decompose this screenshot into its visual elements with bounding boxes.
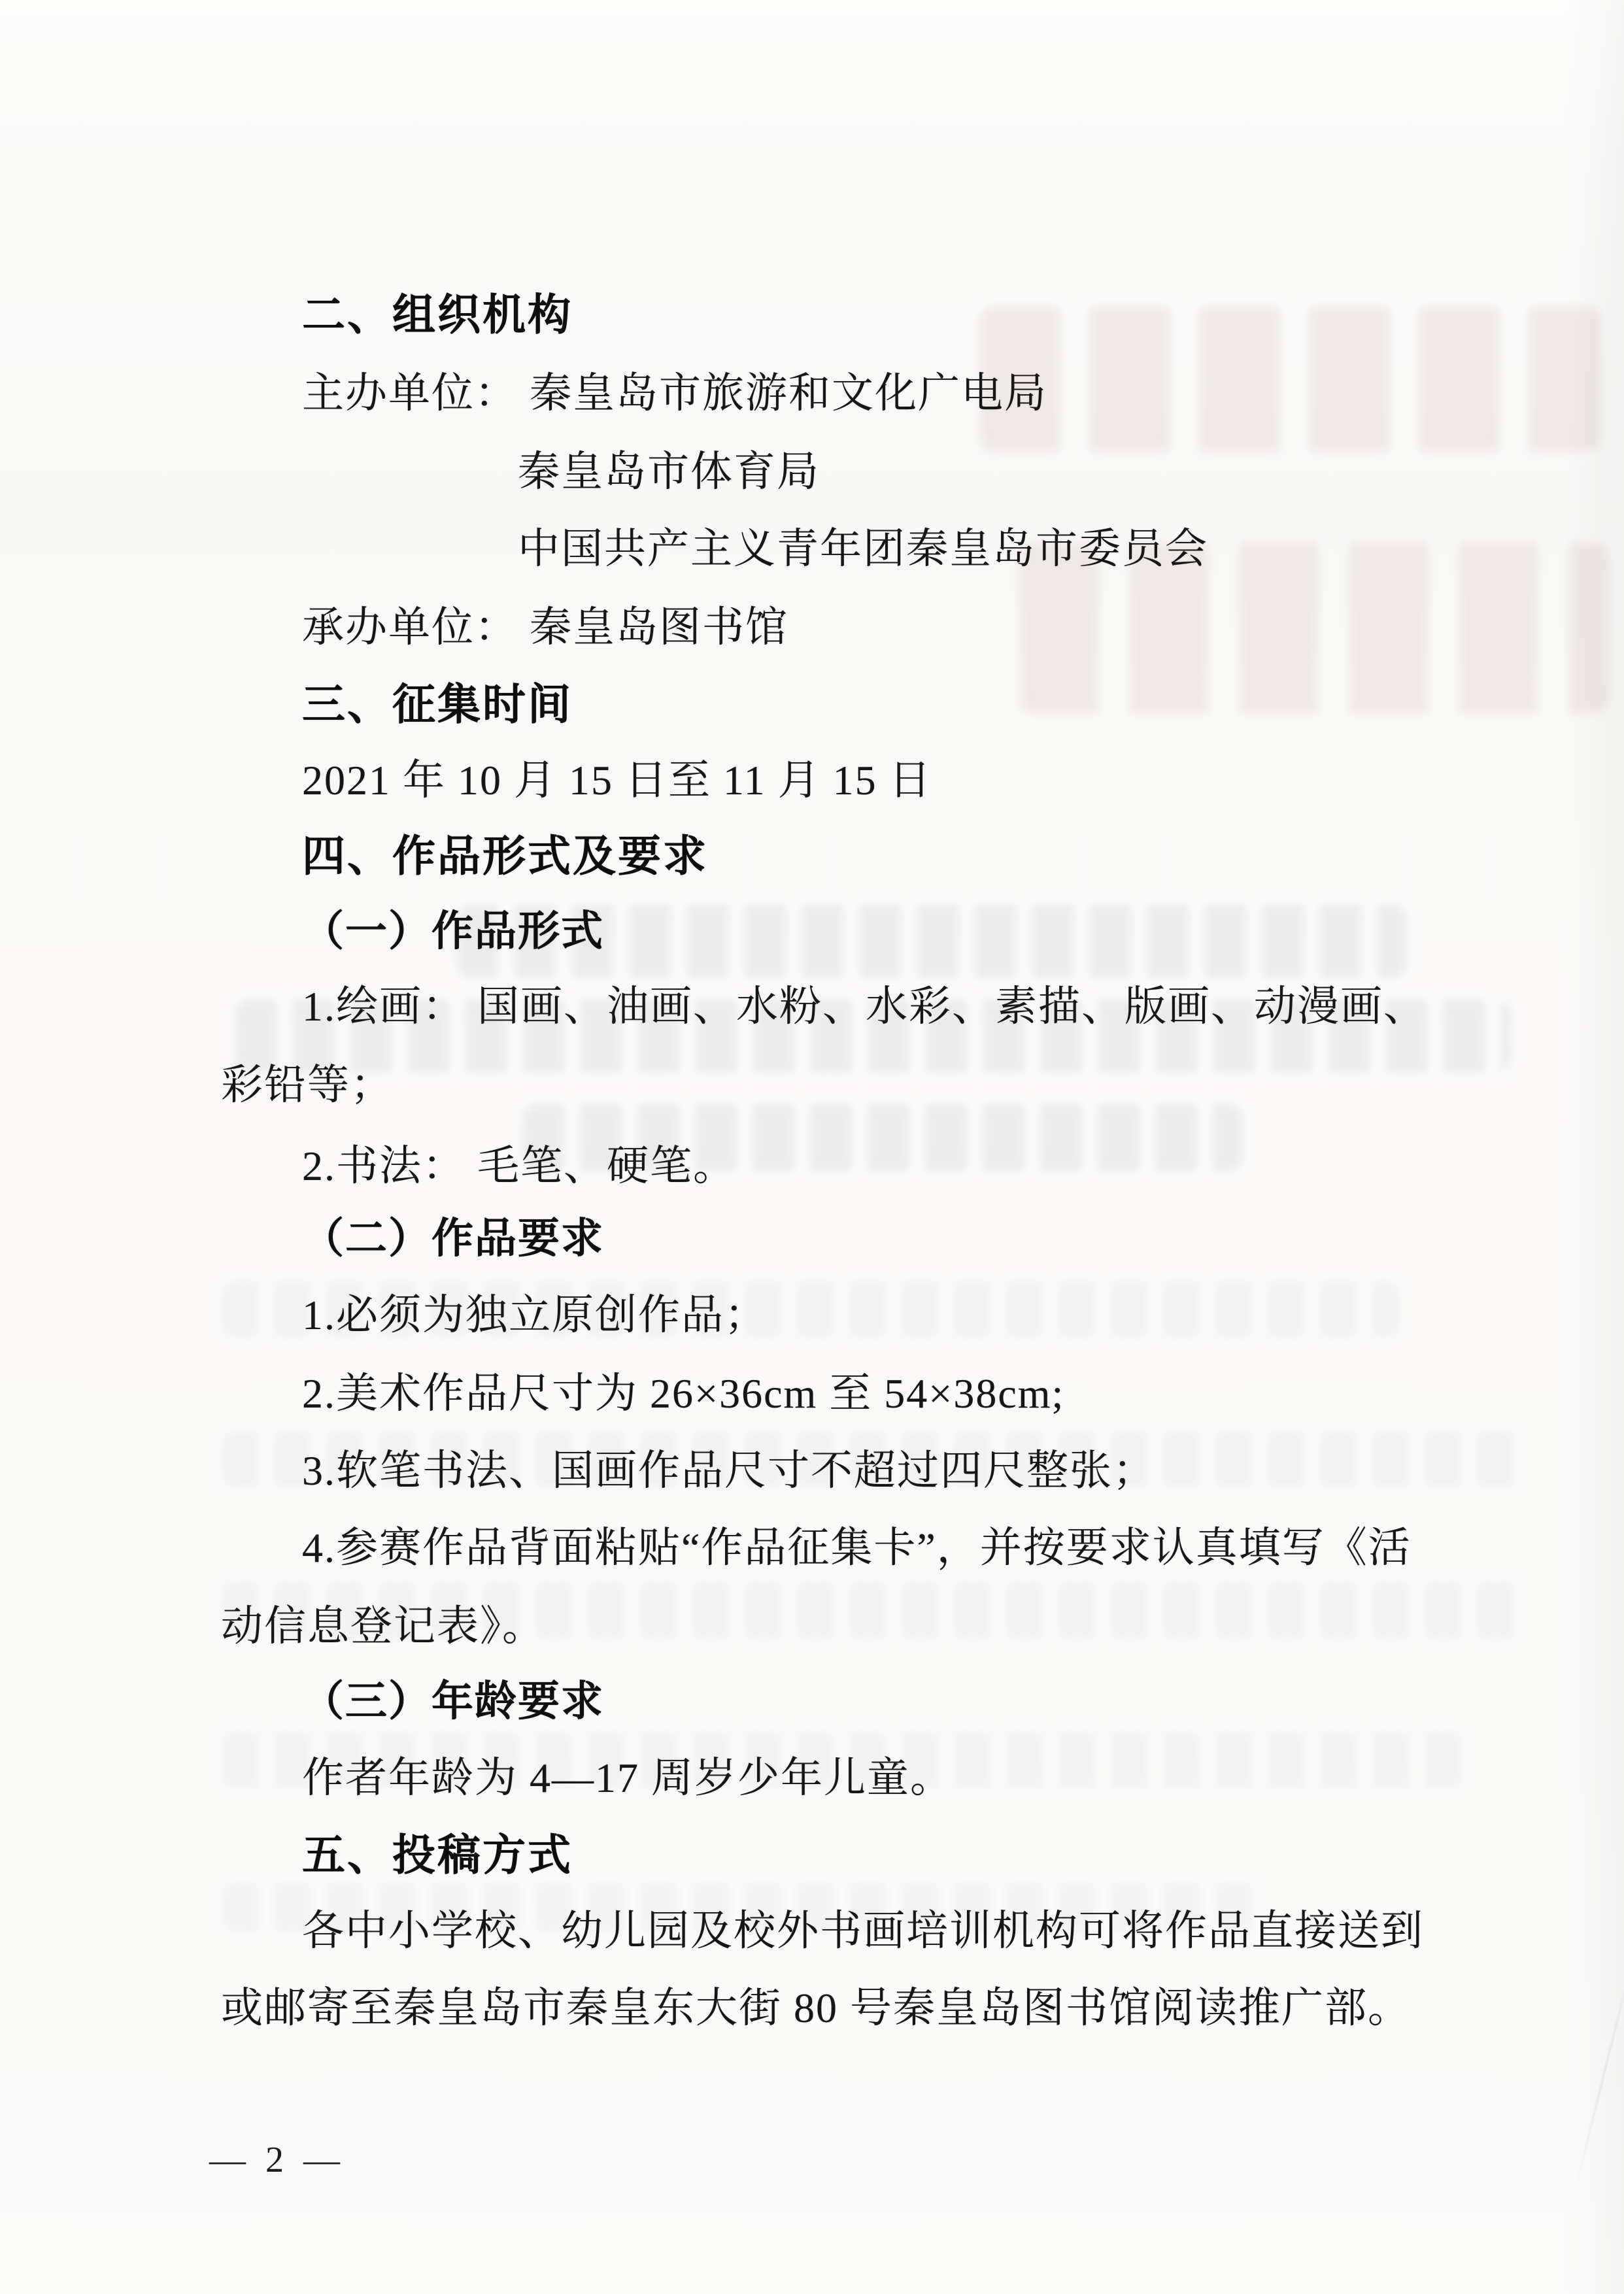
- subheading-work-requirements: （二）作品要求: [302, 1217, 604, 1259]
- line-undertaker-unit: 承办单位： 秦皇岛图书馆: [302, 607, 788, 649]
- line-painting-types: 1.绘画： 国画、油画、水粉、水彩、素描、版画、动漫画、: [302, 986, 1427, 1028]
- line-organizer-unit-3: 中国共产主义青年团秦皇岛市委员会: [518, 528, 1208, 570]
- page-number: — 2 —: [209, 2139, 345, 2181]
- heading-organization: 二、组织机构: [302, 293, 573, 336]
- line-requirement-3: 3.软笔书法、国画作品尺寸不超过四尺整张；: [302, 1450, 1156, 1492]
- subheading-age-requirement: （三）年龄要求: [302, 1680, 604, 1722]
- line-age-range: 作者年龄为 4—17 周岁少年儿童。: [302, 1757, 953, 1799]
- line-submission-1: 各中小学校、幼儿园及校外书画培训机构可将作品直接送到: [302, 1910, 1424, 1952]
- heading-format-and-requirements: 四、作品形式及要求: [302, 834, 708, 877]
- line-calligraphy-types: 2.书法： 毛笔、硬笔。: [302, 1145, 736, 1187]
- scanned-document-page: 二、组织机构 主办单位： 秦皇岛市旅游和文化广电局 秦皇岛市体育局 中国共产主义…: [0, 0, 1624, 2294]
- line-collection-period: 2021 年 10 月 15 日至 11 月 15 日: [302, 760, 932, 801]
- line-requirement-4-cont: 动信息登记表》。: [221, 1606, 545, 1647]
- paper-crease: [1572, 1932, 1624, 2199]
- line-organizer-units: 主办单位： 秦皇岛市旅游和文化广电局: [302, 373, 1047, 414]
- line-requirement-4: 4.参赛作品背面粘贴“作品征集卡”，并按要求认真填写《活: [302, 1527, 1412, 1569]
- subheading-work-format: （一）作品形式: [302, 910, 604, 952]
- line-organizer-unit-2: 秦皇岛市体育局: [518, 451, 820, 493]
- line-submission-2: 或邮寄至秦皇岛市秦皇东大街 80 号秦皇岛图书馆阅读推广部。: [221, 1987, 1411, 2029]
- line-painting-types-cont: 彩铅等；: [221, 1064, 394, 1106]
- line-requirement-2: 2.美术作品尺寸为 26×36cm 至 54×38cm;: [302, 1373, 1064, 1415]
- heading-collection-time: 三、征集时间: [302, 683, 573, 726]
- line-requirement-1: 1.必须为独立原创作品；: [302, 1294, 768, 1336]
- bleed-through-artifact: [981, 307, 1602, 451]
- heading-submission-method: 五、投稿方式: [302, 1833, 573, 1876]
